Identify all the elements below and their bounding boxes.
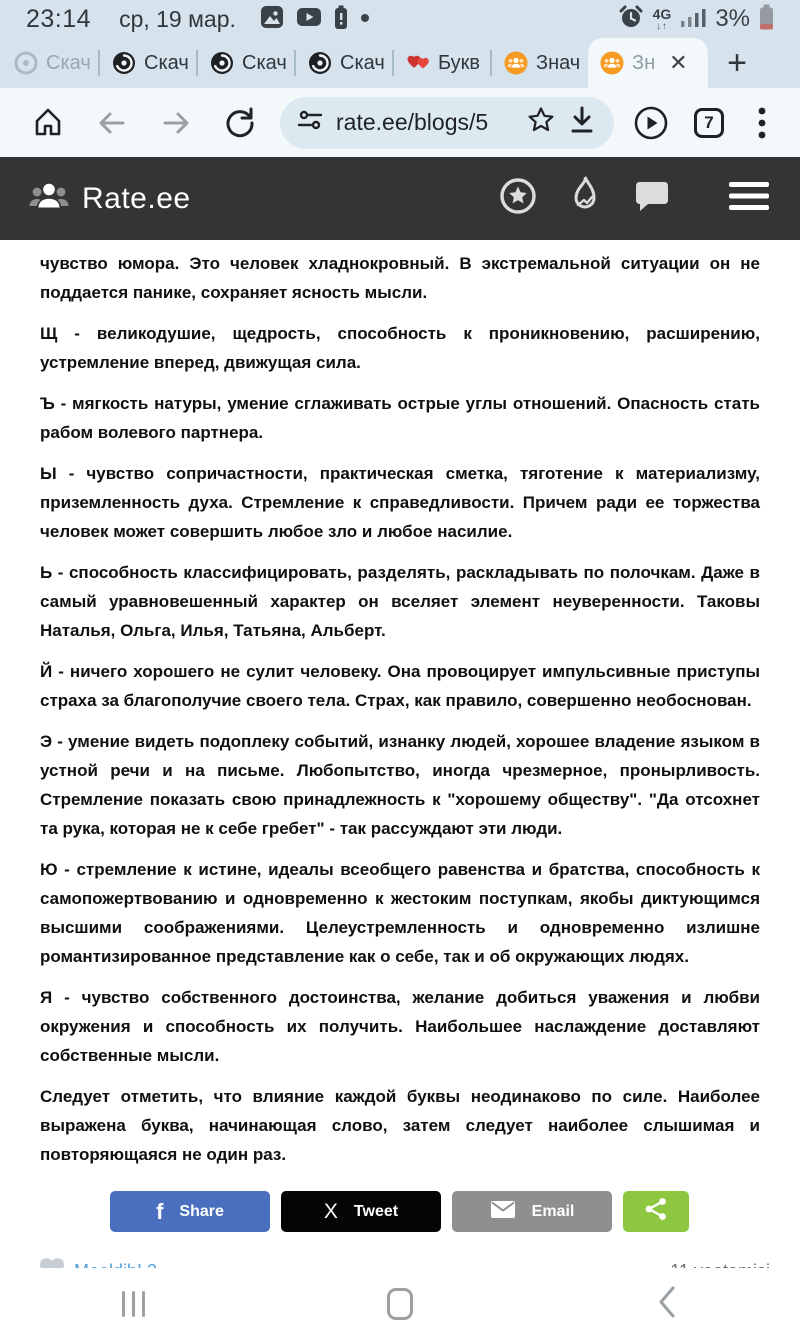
orange-people-favicon (504, 51, 528, 75)
article-paragraph: Ю - стремление к истине, идеалы всеобщег… (40, 855, 760, 971)
browser-tab[interactable]: Скач (198, 38, 294, 88)
share-nodes-icon (644, 1197, 668, 1226)
envelope-icon (490, 1200, 516, 1224)
recent-apps-icon (122, 1291, 145, 1317)
alarm-icon (618, 4, 644, 35)
favorites-star-icon[interactable] (498, 176, 538, 221)
back-chevron-icon (657, 1285, 677, 1324)
tab-title: Скач (144, 52, 189, 75)
network-4g-icon: 4G ↓↑ (653, 7, 672, 32)
home-nav-button[interactable] (267, 1288, 534, 1320)
article-paragraph: Й - ничего хорошего не сулит человеку. О… (40, 657, 760, 715)
gray-circle-favicon (14, 51, 38, 75)
tab-title: Скач (46, 52, 91, 75)
battery-percent-label: 3% (715, 5, 750, 33)
article-paragraph: Ь - способность классифицировать, раздел… (40, 558, 760, 645)
refresh-button[interactable] (210, 106, 270, 140)
url-bar[interactable]: rate.ee/blogs/5 (280, 97, 614, 149)
red-hearts-favicon (406, 51, 430, 75)
tweet-button[interactable]: X Tweet (281, 1191, 441, 1232)
menu-kebab-icon[interactable] (740, 106, 784, 140)
tab-title: Зн (632, 52, 655, 75)
facebook-icon: f (156, 1199, 163, 1225)
share-buttons-row: f Share X Tweet Email (110, 1191, 800, 1232)
article-paragraph: Щ - великодушие, щедрость, способность к… (40, 319, 760, 377)
notification-icons (260, 5, 370, 34)
browser-tab-strip: Скач Скач Скач Скач Букв Знач (0, 38, 800, 88)
system-status-icons: 4G ↓↑ 3% (618, 4, 774, 35)
site-header-actions (498, 175, 770, 222)
email-share-label: Email (532, 1203, 575, 1221)
tab-switcher-button[interactable]: 7 (682, 108, 736, 138)
clock-time: 23:14 (26, 5, 91, 34)
home-nav-icon (387, 1288, 413, 1320)
article-paragraph: Я - чувство собственного достоинства, же… (40, 983, 760, 1070)
browser-tab[interactable]: Скач (100, 38, 196, 88)
trending-flame-icon[interactable] (568, 175, 602, 222)
tab-title: Знач (536, 52, 580, 75)
tab-title: Скач (242, 52, 287, 75)
browser-tab[interactable]: Скач (2, 38, 98, 88)
browser-tab[interactable]: Букв (394, 38, 490, 88)
more-share-button[interactable] (623, 1191, 689, 1232)
signal-strength-icon (680, 6, 706, 33)
gallery-notification-icon (260, 5, 284, 34)
people-group-icon (28, 179, 70, 218)
email-share-button[interactable]: Email (452, 1191, 612, 1232)
article-body: чувство юмора. Это человек хладнокровный… (0, 240, 800, 1169)
media-play-button[interactable] (624, 105, 678, 141)
article-paragraph: Ъ - мягкость натуры, умение сглаживать о… (40, 389, 760, 447)
article-paragraph: Следует отметить, что влияние каждой бук… (40, 1082, 760, 1169)
bookmark-star-icon[interactable] (526, 105, 556, 140)
home-button[interactable] (18, 106, 78, 140)
youtube-notification-icon (296, 5, 322, 34)
dark-swirl-favicon (308, 51, 332, 75)
recent-apps-button[interactable] (0, 1291, 267, 1317)
hamburger-menu-icon[interactable] (728, 181, 770, 216)
android-navigation-bar (0, 1268, 800, 1340)
article-paragraph: чувство юмора. Это человек хладнокровный… (40, 249, 760, 307)
site-settings-icon[interactable] (296, 106, 324, 139)
back-button[interactable] (82, 106, 142, 140)
tab-close-icon[interactable]: ✕ (669, 50, 687, 76)
tab-title: Букв (438, 52, 480, 75)
download-icon[interactable] (568, 105, 596, 140)
x-twitter-icon: X (324, 1200, 338, 1224)
article-paragraph: Э - умение видеть подоплеку событий, изн… (40, 727, 760, 843)
orange-people-favicon (600, 51, 624, 75)
battery-alert-notification-icon (334, 5, 348, 34)
chat-bubble-icon[interactable] (632, 176, 672, 221)
browser-tab-active[interactable]: Зн ✕ (588, 38, 708, 88)
forward-button[interactable] (146, 106, 206, 140)
facebook-share-label: Share (179, 1203, 223, 1221)
site-logo[interactable]: Rate.ee (28, 179, 191, 218)
tweet-label: Tweet (354, 1203, 398, 1221)
tab-count-label: 7 (694, 108, 724, 138)
dark-swirl-favicon (210, 51, 234, 75)
status-bar: 23:14 ср, 19 мар. 4G ↓↑ 3% (0, 0, 800, 38)
battery-icon (759, 4, 774, 35)
dark-swirl-favicon (112, 51, 136, 75)
site-title: Rate.ee (82, 182, 191, 216)
url-text[interactable]: rate.ee/blogs/5 (336, 109, 514, 136)
status-date: ср, 19 мар. (119, 6, 236, 33)
article-paragraph: Ы - чувство сопричастности, практическая… (40, 459, 760, 546)
site-header: Rate.ee (0, 157, 800, 240)
browser-tab[interactable]: Знач (492, 38, 588, 88)
browser-tab[interactable]: Скач (296, 38, 392, 88)
tab-title: Скач (340, 52, 385, 75)
browser-toolbar: rate.ee/blogs/5 7 (0, 88, 800, 157)
facebook-share-button[interactable]: f Share (110, 1191, 270, 1232)
notification-dot (360, 10, 370, 28)
new-tab-button[interactable]: + (708, 38, 766, 88)
back-nav-button[interactable] (533, 1285, 800, 1324)
